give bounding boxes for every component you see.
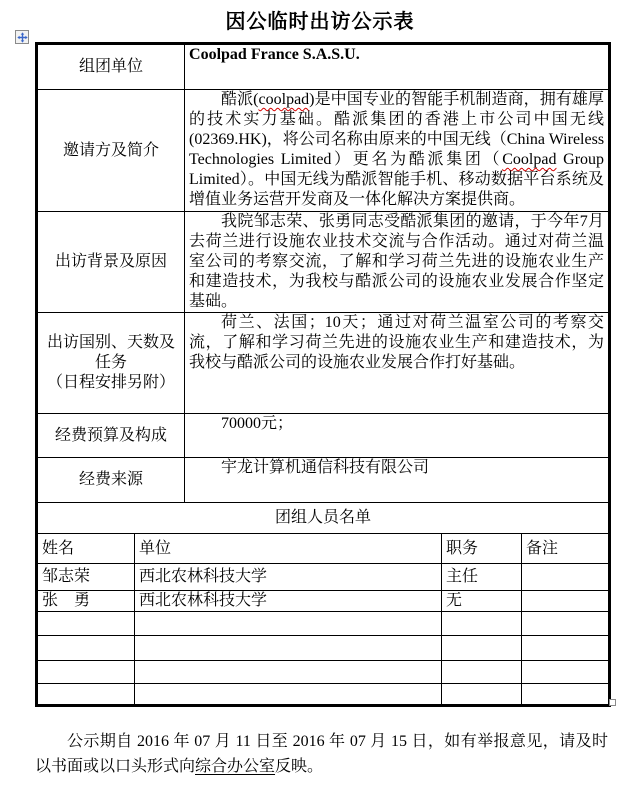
spellcheck-flagged-text: coolpad — [259, 91, 310, 108]
background-value: 我院邹志荣、张勇同志受酷派集团的邀请，于今年7月去荷兰进行设施农业技术交流与合作… — [185, 212, 610, 313]
personnel-row-empty — [37, 661, 610, 684]
personnel-remarks — [522, 661, 610, 684]
inviter-intro-value: 酷派(coolpad)是中国专业的智能手机制造商，拥有雄厚的技术实力基础。酷派集… — [185, 90, 610, 212]
text-segment: 酷派( — [221, 91, 259, 108]
personnel-remarks — [522, 684, 610, 706]
personnel-row: 邹志荣 西北农林科技大学 主任 — [37, 564, 610, 591]
document-page: 因公临时出访公示表 组团单位 Coolpad France S.A.S.U. 邀… — [0, 0, 640, 794]
personnel-remarks — [522, 636, 610, 661]
row-label-inviter-intro: 邀请方及简介 — [37, 90, 185, 212]
personnel-row-empty — [37, 684, 610, 706]
table-row: 出访背景及原因 我院邹志荣、张勇同志受酷派集团的邀请，于今年7月去荷兰进行设施农… — [37, 212, 610, 313]
personnel-name: 张 勇 — [37, 591, 135, 612]
row-label-countries-days-tasks: 出访国别、天数及 任务 （日程安排另附） — [37, 313, 185, 414]
budget-value: 70000元； — [185, 414, 610, 458]
table-row: 组团单位 Coolpad France S.A.S.U. — [37, 44, 610, 90]
personnel-row: 张 勇 西北农林科技大学 无 — [37, 591, 610, 612]
four-way-move-arrow-icon — [17, 32, 28, 43]
personnel-remarks — [522, 612, 610, 636]
spellcheck-flagged-text: Coolpad — [502, 151, 556, 168]
personnel-header-unit: 单位 — [135, 534, 442, 564]
row-label-budget: 经费预算及构成 — [37, 414, 185, 458]
table-row: 经费预算及构成 70000元； — [37, 414, 610, 458]
personnel-name — [37, 661, 135, 684]
personnel-position — [442, 636, 522, 661]
funding-source-value: 宇龙计算机通信科技有限公司 — [185, 458, 610, 503]
personnel-remarks — [522, 564, 610, 591]
personnel-position — [442, 661, 522, 684]
personnel-unit: 西北农林科技大学 — [135, 591, 442, 612]
personnel-name — [37, 684, 135, 706]
personnel-header-position: 职务 — [442, 534, 522, 564]
personnel-row-empty — [37, 636, 610, 661]
table-row: 出访国别、天数及 任务 （日程安排另附） 荷兰、法国；10天；通过对荷兰温室公司… — [37, 313, 610, 414]
visit-notice-table: 组团单位 Coolpad France S.A.S.U. 邀请方及简介 酷派(c… — [35, 42, 611, 707]
personnel-section-title: 团组人员名单 — [37, 503, 610, 534]
personnel-unit — [135, 636, 442, 661]
row-label-funding-source: 经费来源 — [37, 458, 185, 503]
row-label-background: 出访背景及原因 — [37, 212, 185, 313]
personnel-position — [442, 684, 522, 706]
text-segment: 反映。 — [275, 758, 323, 775]
personnel-header-remarks: 备注 — [522, 534, 610, 564]
personnel-unit — [135, 612, 442, 636]
personnel-position — [442, 612, 522, 636]
personnel-remarks — [522, 591, 610, 612]
countries-days-tasks-value: 荷兰、法国；10天；通过对荷兰温室公司的考察交流，了解和学习荷兰先进的设施农业生… — [185, 313, 610, 414]
personnel-row-empty — [37, 612, 610, 636]
personnel-unit: 西北农林科技大学 — [135, 564, 442, 591]
personnel-header-row: 姓名 单位 职务 备注 — [37, 534, 610, 564]
underlined-text: 综合办公室 — [195, 758, 275, 775]
closing-paragraph: 公示期自 2016 年 07 月 11 日至 2016 年 07 月 15 日，… — [35, 729, 608, 779]
table-row: 经费来源 宇龙计算机通信科技有限公司 — [37, 458, 610, 503]
personnel-position: 主任 — [442, 564, 522, 591]
page-title: 因公临时出访公示表 — [0, 0, 640, 36]
organizer-value: Coolpad France S.A.S.U. — [185, 44, 610, 90]
row-label-organizer: 组团单位 — [37, 44, 185, 90]
personnel-header-name: 姓名 — [37, 534, 135, 564]
section-header-row: 团组人员名单 — [37, 503, 610, 534]
personnel-name — [37, 612, 135, 636]
personnel-unit — [135, 684, 442, 706]
table-move-handle[interactable] — [15, 30, 29, 44]
personnel-name — [37, 636, 135, 661]
personnel-name: 邹志荣 — [37, 564, 135, 591]
table-resize-handle[interactable] — [609, 699, 616, 706]
personnel-unit — [135, 661, 442, 684]
table-row: 邀请方及简介 酷派(coolpad)是中国专业的智能手机制造商，拥有雄厚的技术实… — [37, 90, 610, 212]
personnel-position: 无 — [442, 591, 522, 612]
